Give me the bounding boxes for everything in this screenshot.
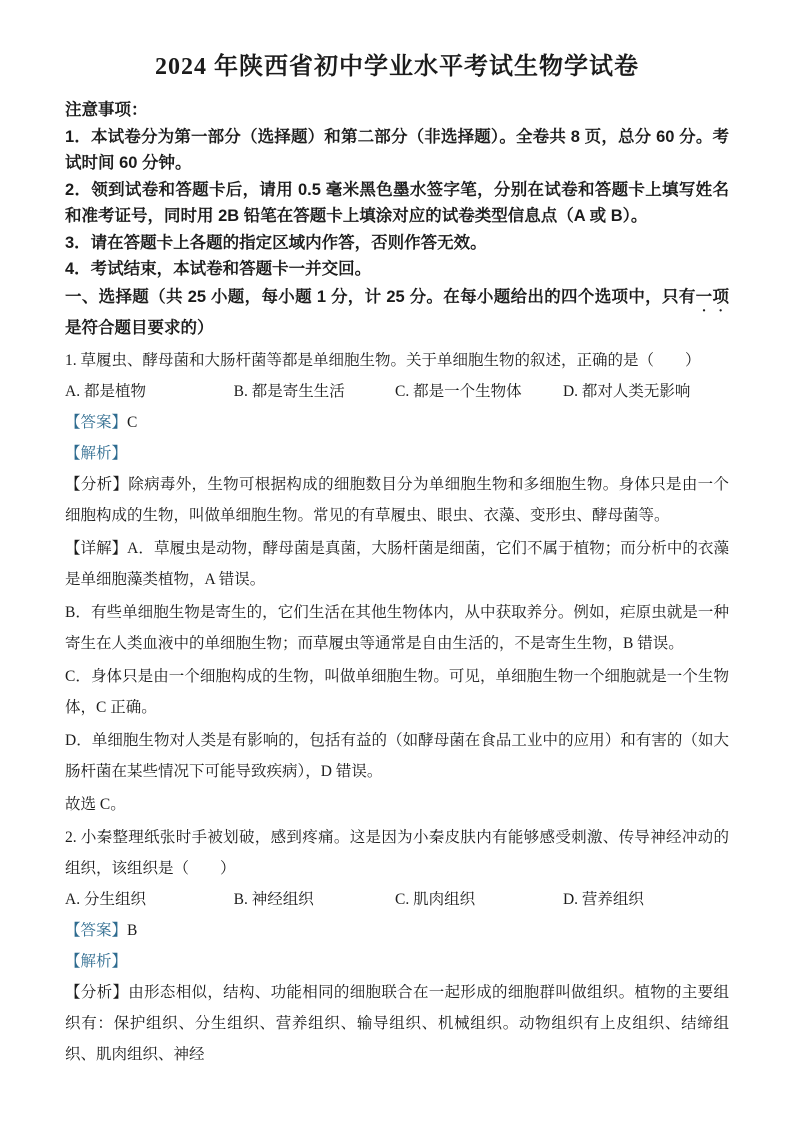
section-heading-emphasized: 一项: [696, 288, 729, 306]
question-2-option-a: A. 分生组织: [65, 884, 234, 915]
question-1-option-b: B. 都是寄生生活: [234, 376, 395, 407]
question-2-answer-line: 【答案】B: [65, 915, 729, 946]
section-heading-post: 是符合题目要求的）: [65, 319, 214, 337]
question-1-answer-line: 【答案】C: [65, 407, 729, 438]
answer-label: 【答案】: [65, 922, 127, 939]
notice-heading: 注意事项：: [65, 97, 729, 124]
notice-item-3: 3．请在答题卡上各题的指定区域内作答，否则作答无效。: [65, 230, 729, 257]
notice-item-2: 2．领到试卷和答题卡后，请用 0.5 毫米黑色墨水签字笔，分别在试卷和答题卡上填…: [65, 177, 729, 230]
question-1: 1. 草履虫、酵母菌和大肠杆菌等都是单细胞生物。关于单细胞生物的叙述，正确的是（…: [65, 345, 729, 820]
question-1-stem: 1. 草履虫、酵母菌和大肠杆菌等都是单细胞生物。关于单细胞生物的叙述，正确的是（…: [65, 345, 729, 376]
question-1-option-d: D. 都对人类无影响: [563, 376, 729, 407]
question-1-explanation-paragraph: D．单细胞生物对人类是有影响的，包括有益的（如酵母菌在食品工业中的应用）和有害的…: [65, 725, 729, 787]
question-1-explanation-paragraph: 【详解】A．草履虫是动物，酵母菌是真菌，大肠杆菌是细菌，它们不属于植物；而分析中…: [65, 533, 729, 595]
page-title: 2024 年陕西省初中学业水平考试生物学试卷: [65, 50, 729, 84]
question-1-explanation-paragraph: C．身体只是由一个细胞构成的生物，叫做单细胞生物。可见，单细胞生物一个细胞就是一…: [65, 661, 729, 723]
question-1-option-a: A. 都是植物: [65, 376, 234, 407]
question-1-explanation-paragraph: B．有些单细胞生物是寄生的，它们生活在其他生物体内，从中获取养分。例如，疟原虫就…: [65, 597, 729, 659]
question-1-analysis-label: 【解析】: [65, 438, 729, 469]
exam-document-page: 2024 年陕西省初中学业水平考试生物学试卷 注意事项： 1．本试卷分为第一部分…: [0, 0, 793, 1122]
question-2-options-row: A. 分生组织 B. 神经组织 C. 肌肉组织 D. 营养组织: [65, 884, 729, 915]
question-1-explanation-paragraph: 【分析】除病毒外，生物可根据构成的细胞数目分为单细胞生物和多细胞生物。身体只是由…: [65, 469, 729, 531]
question-2: 2. 小秦整理纸张时手被划破，感到疼痛。这是因为小秦皮肤内有能够感受刺激、传导神…: [65, 822, 729, 1070]
section-heading: 一、选择题（共 25 小题，每小题 1 分，计 25 分。在每小题给出的四个选项…: [65, 284, 729, 341]
notice-section: 注意事项： 1．本试卷分为第一部分（选择题）和第二部分（非选择题）。全卷共 8 …: [65, 97, 729, 283]
question-2-answer-value: B: [127, 922, 137, 939]
question-1-conclusion: 故选 C。: [65, 789, 729, 820]
question-1-answer-value: C: [127, 414, 137, 431]
question-1-option-c: C. 都是一个生物体: [395, 376, 563, 407]
question-2-explanation-paragraph: 【分析】由形态相似，结构、功能相同的细胞联合在一起形成的细胞群叫做组织。植物的主…: [65, 977, 729, 1070]
question-2-option-d: D. 营养组织: [563, 884, 729, 915]
question-2-option-c: C. 肌肉组织: [395, 884, 563, 915]
section-heading-pre: 一、选择题（共 25 小题，每小题 1 分，计 25 分。在每小题给出的四个选项…: [65, 288, 696, 306]
answer-label: 【答案】: [65, 414, 127, 431]
question-2-stem: 2. 小秦整理纸张时手被划破，感到疼痛。这是因为小秦皮肤内有能够感受刺激、传导神…: [65, 822, 729, 884]
question-2-option-b: B. 神经组织: [234, 884, 395, 915]
question-1-options-row: A. 都是植物 B. 都是寄生生活 C. 都是一个生物体 D. 都对人类无影响: [65, 376, 729, 407]
notice-item-1: 1．本试卷分为第一部分（选择题）和第二部分（非选择题）。全卷共 8 页，总分 6…: [65, 124, 729, 177]
question-2-analysis-label: 【解析】: [65, 946, 729, 977]
notice-item-4: 4．考试结束，本试卷和答题卡一并交回。: [65, 256, 729, 283]
